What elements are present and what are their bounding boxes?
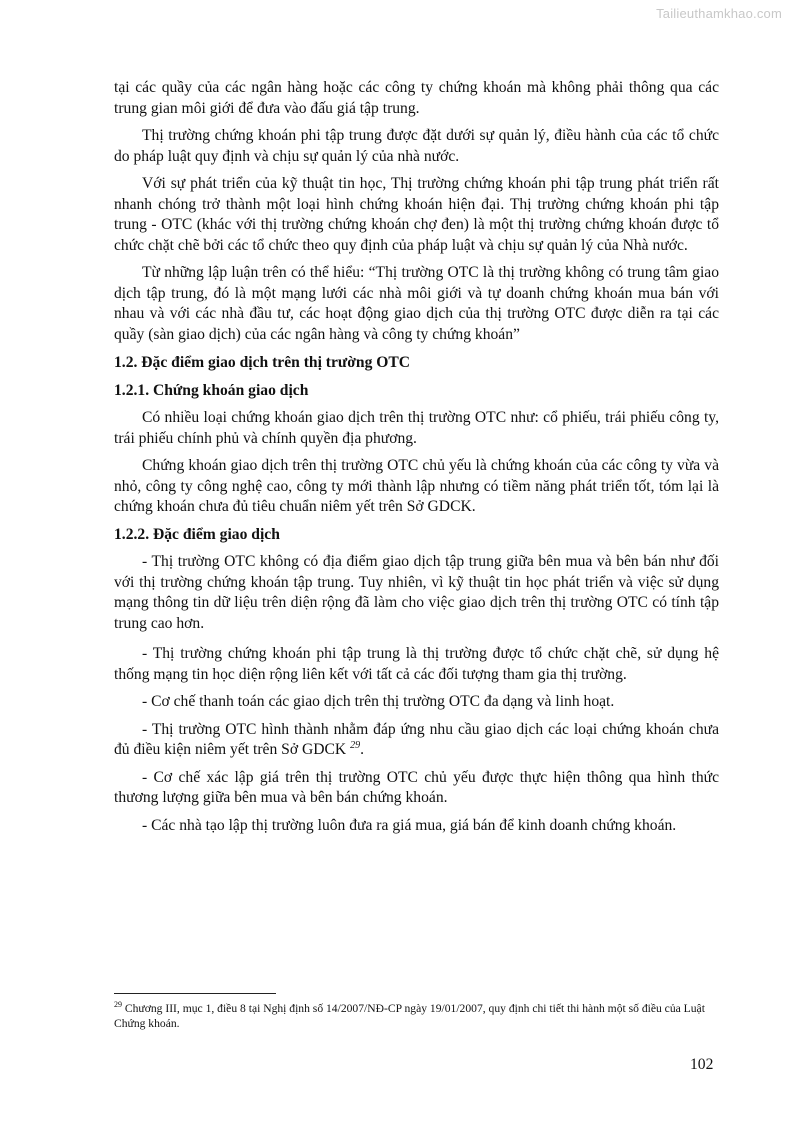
paragraph: tại các quầy của các ngân hàng hoặc các … <box>114 78 719 119</box>
paragraph: - Cơ chế thanh toán các giao dịch trên t… <box>114 692 719 713</box>
paragraph: - Thị trường OTC không có địa điểm giao … <box>114 552 719 634</box>
section-heading: 1.2. Đặc điểm giao dịch trên thị trường … <box>114 353 719 374</box>
paragraph: Thị trường chứng khoán phi tập trung đượ… <box>114 126 719 167</box>
footnote-divider <box>114 993 276 994</box>
footnote: 29 Chương III, mục 1, điều 8 tại Nghị đị… <box>114 1001 719 1031</box>
page-number: 102 <box>690 1056 713 1074</box>
paragraph: Với sự phát triển của kỹ thuật tin học, … <box>114 174 719 256</box>
page-body: tại các quầy của các ngân hàng hoặc các … <box>114 78 719 836</box>
footnote-reference[interactable]: 29 <box>350 740 360 751</box>
footnote-text: Chương III, mục 1, điều 8 tại Nghị định … <box>114 1002 705 1030</box>
paragraph: - Thị trường chứng khoán phi tập trung l… <box>114 644 719 685</box>
subsection-heading: 1.2.2. Đặc điểm giao dịch <box>114 525 719 546</box>
watermark: Tailieuthamkhao.com <box>656 6 782 21</box>
paragraph: Chứng khoán giao dịch trên thị trường OT… <box>114 456 719 518</box>
paragraph-text: - Thị trường OTC hình thành nhằm đáp ứng… <box>114 721 719 759</box>
paragraph: Từ những lập luận trên có thể hiểu: “Thị… <box>114 263 719 345</box>
paragraph: - Cơ chế xác lập giá trên thị trường OTC… <box>114 768 719 809</box>
paragraph: Có nhiều loại chứng khoán giao dịch trên… <box>114 408 719 449</box>
paragraph-with-footnote: - Thị trường OTC hình thành nhằm đáp ứng… <box>114 720 719 761</box>
paragraph: - Các nhà tạo lập thị trường luôn đưa ra… <box>114 816 719 837</box>
subsection-heading: 1.2.1. Chứng khoán giao dịch <box>114 381 719 402</box>
footnote-number: 29 <box>114 1000 122 1009</box>
